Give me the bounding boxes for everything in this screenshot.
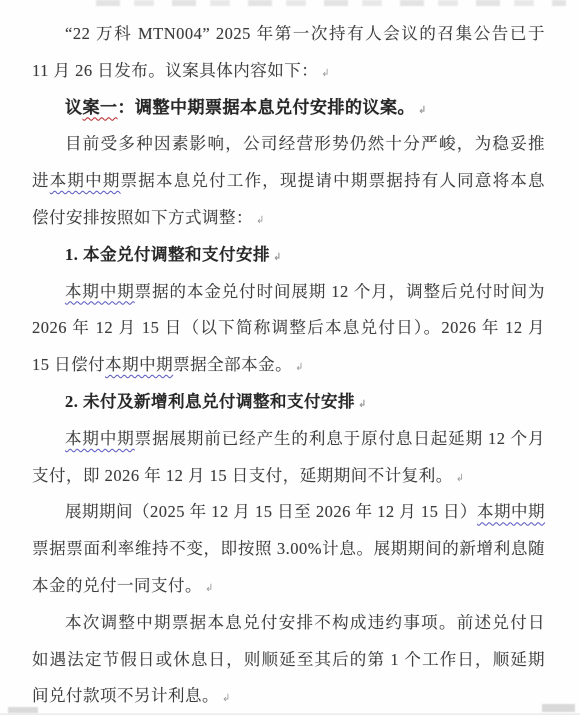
text-line: 2026 年 12 月 15 日（以下简称调整后本息兑付日）。2026 年 12… [32,310,545,347]
text-segment: 议 [65,98,83,117]
paragraph-mark-icon: ↲ [273,252,281,263]
paragraph-mark-icon: ↲ [321,68,329,79]
text-line: 展期期间（2025 年 12 月 15 日至 2026 年 12 月 15 日）… [32,494,545,531]
text-segment: 15 日偿付 [32,355,105,374]
text-segment: 票据票面利率维持不变，即按照 3.00%计息。展期期间的新增利息随 [32,539,545,558]
spellcheck-blue-underline: 本期中期 [477,502,545,521]
text-line: 如遇法定节假日或休息日，则顺延至其后的第 1 个工作日，顺延期 [32,642,545,679]
text-line: 本期中期票据展期前已经产生的利息于原付息日起延期 12 个月 [32,421,545,458]
text-segment: 票据的本金兑付时间展期 12 个月，调整后兑付时间为 [135,282,545,301]
text-segment: 展期期间（2025 年 12 月 15 日至 2026 年 12 月 15 日） [65,502,477,521]
text-segment: 支付，即 2026 年 12 月 15 日支付，延期期间不计复利。 [32,466,453,485]
scan-smudge-right [542,704,575,712]
spellcheck-blue-underline: 本期中期 [65,429,135,448]
text-segment: ：调整中期票据本息兑付安排的议案。 [118,98,416,117]
spellcheck-red-underline: 案一 [83,98,118,117]
text-segment: 票据本息兑付工作，现提请中期票据持有人同意将本息 [121,171,545,190]
paragraph-mark-icon: ↲ [205,583,213,594]
paragraph-mark-icon: ↲ [418,105,426,116]
text-segment: 2026 年 12 月 15 日（以下简称调整后本息兑付日）。2026 年 12… [32,318,545,337]
text-line: 2. 未付及新增利息兑付调整和支付安排↲ [32,384,545,421]
spellcheck-blue-underline: 本期中期 [105,355,173,374]
text-segment: 票据全部本金。 [173,355,292,374]
text-segment: 进 [32,171,50,190]
text-segment: 11 月 26 日发布。议案具体内容如下： [32,61,318,80]
document-body: “22 万科 MTN004” 2025 年第一次持有人会议的召集公告已于11 月… [32,16,545,715]
text-line: 进本期中期票据本息兑付工作，现提请中期票据持有人同意将本息 [32,163,545,200]
paragraph-mark-icon: ↲ [222,693,230,704]
text-segment: 本次调整中期票据本息兑付安排不构成违约事项。前述兑付日 [65,613,545,632]
text-segment: 如遇法定节假日或休息日，则顺延至其后的第 1 个工作日，顺延期 [32,650,545,669]
text-segment: 1. 本金兑付调整和支付安排 [65,245,270,264]
text-line: 目前受多种因素影响，公司经营形势仍然十分严峻，为稳妥推 [32,126,545,163]
scan-smudge-left [8,707,38,713]
text-line: 支付，即 2026 年 12 月 15 日支付，延期期间不计复利。↲ [32,458,545,495]
spellcheck-blue-underline: 本期中期 [65,282,135,301]
text-line: 15 日偿付本期中期票据全部本金。↲ [32,347,545,384]
text-line: 本次调整中期票据本息兑付安排不构成违约事项。前述兑付日 [32,605,545,642]
cropped-previous-line-artifact [96,0,566,6]
text-line: 议案一：调整中期票据本息兑付安排的议案。↲ [32,90,545,127]
text-segment: 2. 未付及新增利息兑付调整和支付安排 [65,392,355,411]
text-segment: 目前受多种因素影响，公司经营形势仍然十分严峻，为稳妥推 [65,134,545,153]
text-segment: 间兑付款项不另计利息。 [32,686,219,705]
text-line: 偿付安排按照如下方式调整：↲ [32,200,545,237]
paragraph-mark-icon: ↲ [358,399,366,410]
text-segment: 本金的兑付一同支付。 [32,576,202,595]
text-line: “22 万科 MTN004” 2025 年第一次持有人会议的召集公告已于 [32,16,545,53]
paragraph-mark-icon: ↲ [256,215,264,226]
text-line: 间兑付款项不另计利息。↲ [32,678,545,715]
text-line: 票据票面利率维持不变，即按照 3.00%计息。展期期间的新增利息随 [32,531,545,568]
paragraph-mark-icon: ↲ [295,362,303,373]
text-segment: 票据展期前已经产生的利息于原付息日起延期 12 个月 [135,429,545,448]
text-segment: “22 万科 MTN004” 2025 年第一次持有人会议的召集公告已于 [65,24,545,43]
text-segment: 偿付安排按照如下方式调整： [32,208,253,227]
text-line: 本金的兑付一同支付。↲ [32,568,545,605]
text-line: 11 月 26 日发布。议案具体内容如下：↲ [32,53,545,90]
paragraph-mark-icon: ↲ [456,473,464,484]
spellcheck-blue-underline: 本期中期 [50,171,121,190]
text-line: 1. 本金兑付调整和支付安排↲ [32,237,545,274]
document-page: “22 万科 MTN004” 2025 年第一次持有人会议的召集公告已于11 月… [0,0,580,715]
text-line: 本期中期票据的本金兑付时间展期 12 个月，调整后兑付时间为 [32,274,545,311]
